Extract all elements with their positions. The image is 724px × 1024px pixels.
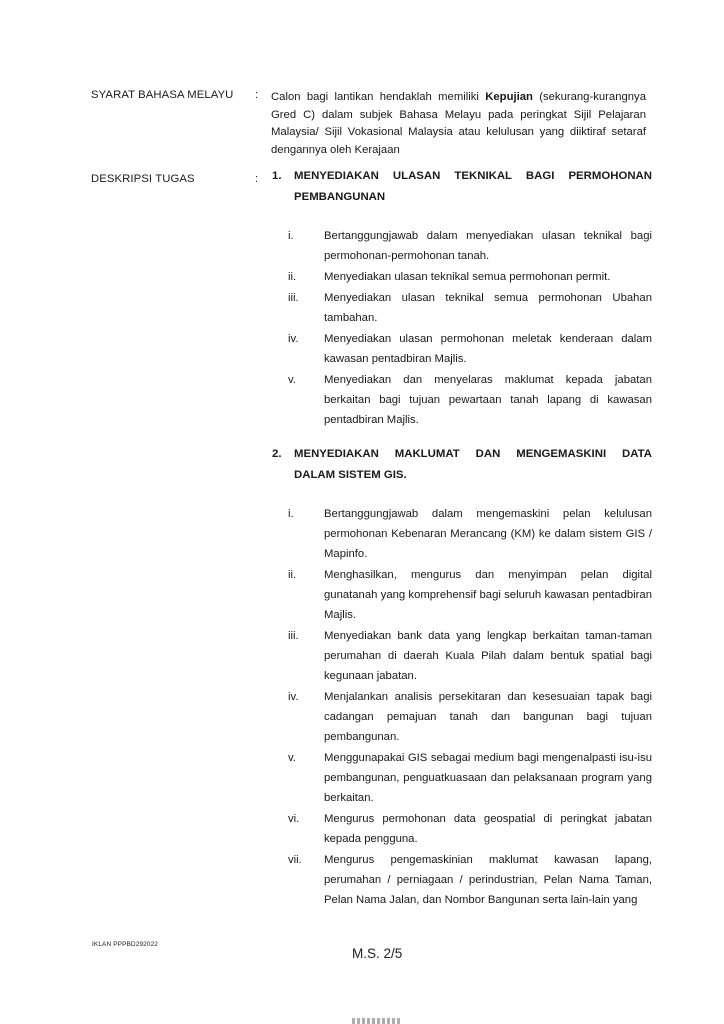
list-item-numeral: iv. [286,687,324,747]
list-item: iv. Menyediakan ulasan permohonan meleta… [286,329,652,369]
list-item-text: Bertanggungjawab dalam mengemaskini pela… [324,504,652,564]
list-item-numeral: iii. [286,626,324,686]
section-title-line-2: DALAM SISTEM GIS. [294,469,407,481]
list-item-text: Menyediakan dan menyelaras maklumat kepa… [324,370,652,430]
section-number: 1. [272,166,294,208]
duty-list: i. Bertanggungjawab dalam mengemaskini p… [286,504,652,910]
document-page: SYARAT BAHASA MELAYU : Calon bagi lantik… [0,0,724,1024]
section-heading: 1. MENYEDIAKAN ULASAN TEKNIKAL BAGI PERM… [272,166,652,208]
section-title: MENYEDIAKAN ULASAN TEKNIKAL BAGI PERMOHO… [294,166,652,208]
syarat-bold-kepujian: Kepujian [485,91,533,103]
list-item: i. Bertanggungjawab dalam mengemaskini p… [286,504,652,564]
list-item: ii. Menyediakan ulasan teknikal semua pe… [286,267,652,287]
list-item: iv. Menjalankan analisis persekitaran da… [286,687,652,747]
list-item-numeral: ii. [286,565,324,625]
deskripsi-label: DESKRIPSI TUGAS [91,173,195,185]
section-title-line-2: PEMBANGUNAN [294,191,385,203]
list-item: ii. Menghasilkan, mengurus dan menyimpan… [286,565,652,625]
list-item-numeral: i. [286,504,324,564]
list-item-text: Mengurus pengemaskinian maklumat kawasan… [324,850,652,910]
section-number: 2. [272,444,294,486]
list-item-numeral: iii. [286,288,324,328]
section-title-line-1: MENYEDIAKAN MAKLUMAT DAN MENGEMASKINI DA… [294,444,652,465]
list-item-text: Menyediakan ulasan permohonan meletak ke… [324,329,652,369]
list-item-numeral: v. [286,370,324,430]
list-item-text: Menggunapakai GIS sebagai medium bagi me… [324,748,652,808]
syarat-label: SYARAT BAHASA MELAYU [91,89,233,101]
list-item-text: Menyediakan ulasan teknikal semua permoh… [324,267,652,287]
syarat-colon: : [255,89,258,101]
syarat-text: Calon bagi lantikan hendaklah memiliki K… [271,89,646,159]
list-item: vi. Mengurus permohonan data geospatial … [286,809,652,849]
section-title: MENYEDIAKAN MAKLUMAT DAN MENGEMASKINI DA… [294,444,652,486]
duty-section-1: 1. MENYEDIAKAN ULASAN TEKNIKAL BAGI PERM… [272,166,652,431]
list-item-numeral: vii. [286,850,324,910]
list-item: vii. Mengurus pengemaskinian maklumat ka… [286,850,652,910]
list-item-numeral: vi. [286,809,324,849]
list-item: v. Menyediakan dan menyelaras maklumat k… [286,370,652,430]
list-item-numeral: ii. [286,267,324,287]
syarat-text-before: Calon bagi lantikan hendaklah memiliki [271,91,485,103]
advert-reference-code: IKLAN PPPBD292022 [92,941,158,948]
list-item-numeral: v. [286,748,324,808]
list-item: v. Menggunapakai GIS sebagai medium bagi… [286,748,652,808]
duty-section-2: 2. MENYEDIAKAN MAKLUMAT DAN MENGEMASKINI… [272,444,652,911]
section-title-line-1: MENYEDIAKAN ULASAN TEKNIKAL BAGI PERMOHO… [294,166,652,187]
list-item-numeral: iv. [286,329,324,369]
list-item-text: Menghasilkan, mengurus dan menyimpan pel… [324,565,652,625]
list-item-text: Menyediakan bank data yang lengkap berka… [324,626,652,686]
list-item: iii. Menyediakan ulasan teknikal semua p… [286,288,652,328]
duty-list: i. Bertanggungjawab dalam menyediakan ul… [286,226,652,430]
list-item: iii. Menyediakan bank data yang lengkap … [286,626,652,686]
next-page-header-fragment [352,1018,400,1024]
list-item-text: Menyediakan ulasan teknikal semua permoh… [324,288,652,328]
list-item-text: Mengurus permohonan data geospatial di p… [324,809,652,849]
section-heading: 2. MENYEDIAKAN MAKLUMAT DAN MENGEMASKINI… [272,444,652,486]
list-item-text: Bertanggungjawab dalam menyediakan ulasa… [324,226,652,266]
deskripsi-colon: : [255,173,258,185]
list-item-numeral: i. [286,226,324,266]
page-number: M.S. 2/5 [352,946,402,961]
list-item: i. Bertanggungjawab dalam menyediakan ul… [286,226,652,266]
list-item-text: Menjalankan analisis persekitaran dan ke… [324,687,652,747]
